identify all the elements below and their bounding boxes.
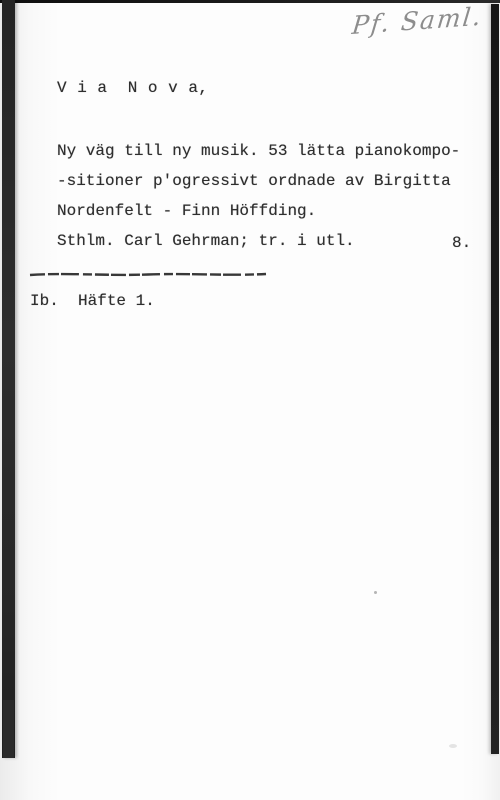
scanned-catalog-card: Pf. Saml. V i a N o v a, Ny väg till ny … bbox=[0, 0, 500, 800]
hand-drawn-divider-line bbox=[28, 267, 268, 281]
paper-speck bbox=[374, 591, 377, 594]
card-title: V i a N o v a, bbox=[57, 78, 209, 98]
scan-edge-left bbox=[2, 0, 15, 758]
scan-edge-top bbox=[0, 0, 500, 3]
body-line-1: Ny väg till ny musik. 53 lätta pianokomp… bbox=[57, 141, 460, 161]
footer-volume-note: Ib. Häfte 1. bbox=[30, 291, 155, 311]
scan-edge-right bbox=[491, 4, 499, 754]
price-value: 8. bbox=[452, 233, 471, 253]
body-line-3: Nordenfelt - Finn Höffding. bbox=[57, 201, 316, 221]
body-line-4: Sthlm. Carl Gehrman; tr. i utl. bbox=[57, 231, 355, 251]
paper-speck bbox=[449, 744, 457, 748]
scan-edge-left-foot bbox=[3, 700, 14, 758]
paper-background bbox=[0, 0, 500, 800]
body-line-2: -sitioner p'ogressivt ordnade av Birgitt… bbox=[57, 171, 451, 191]
